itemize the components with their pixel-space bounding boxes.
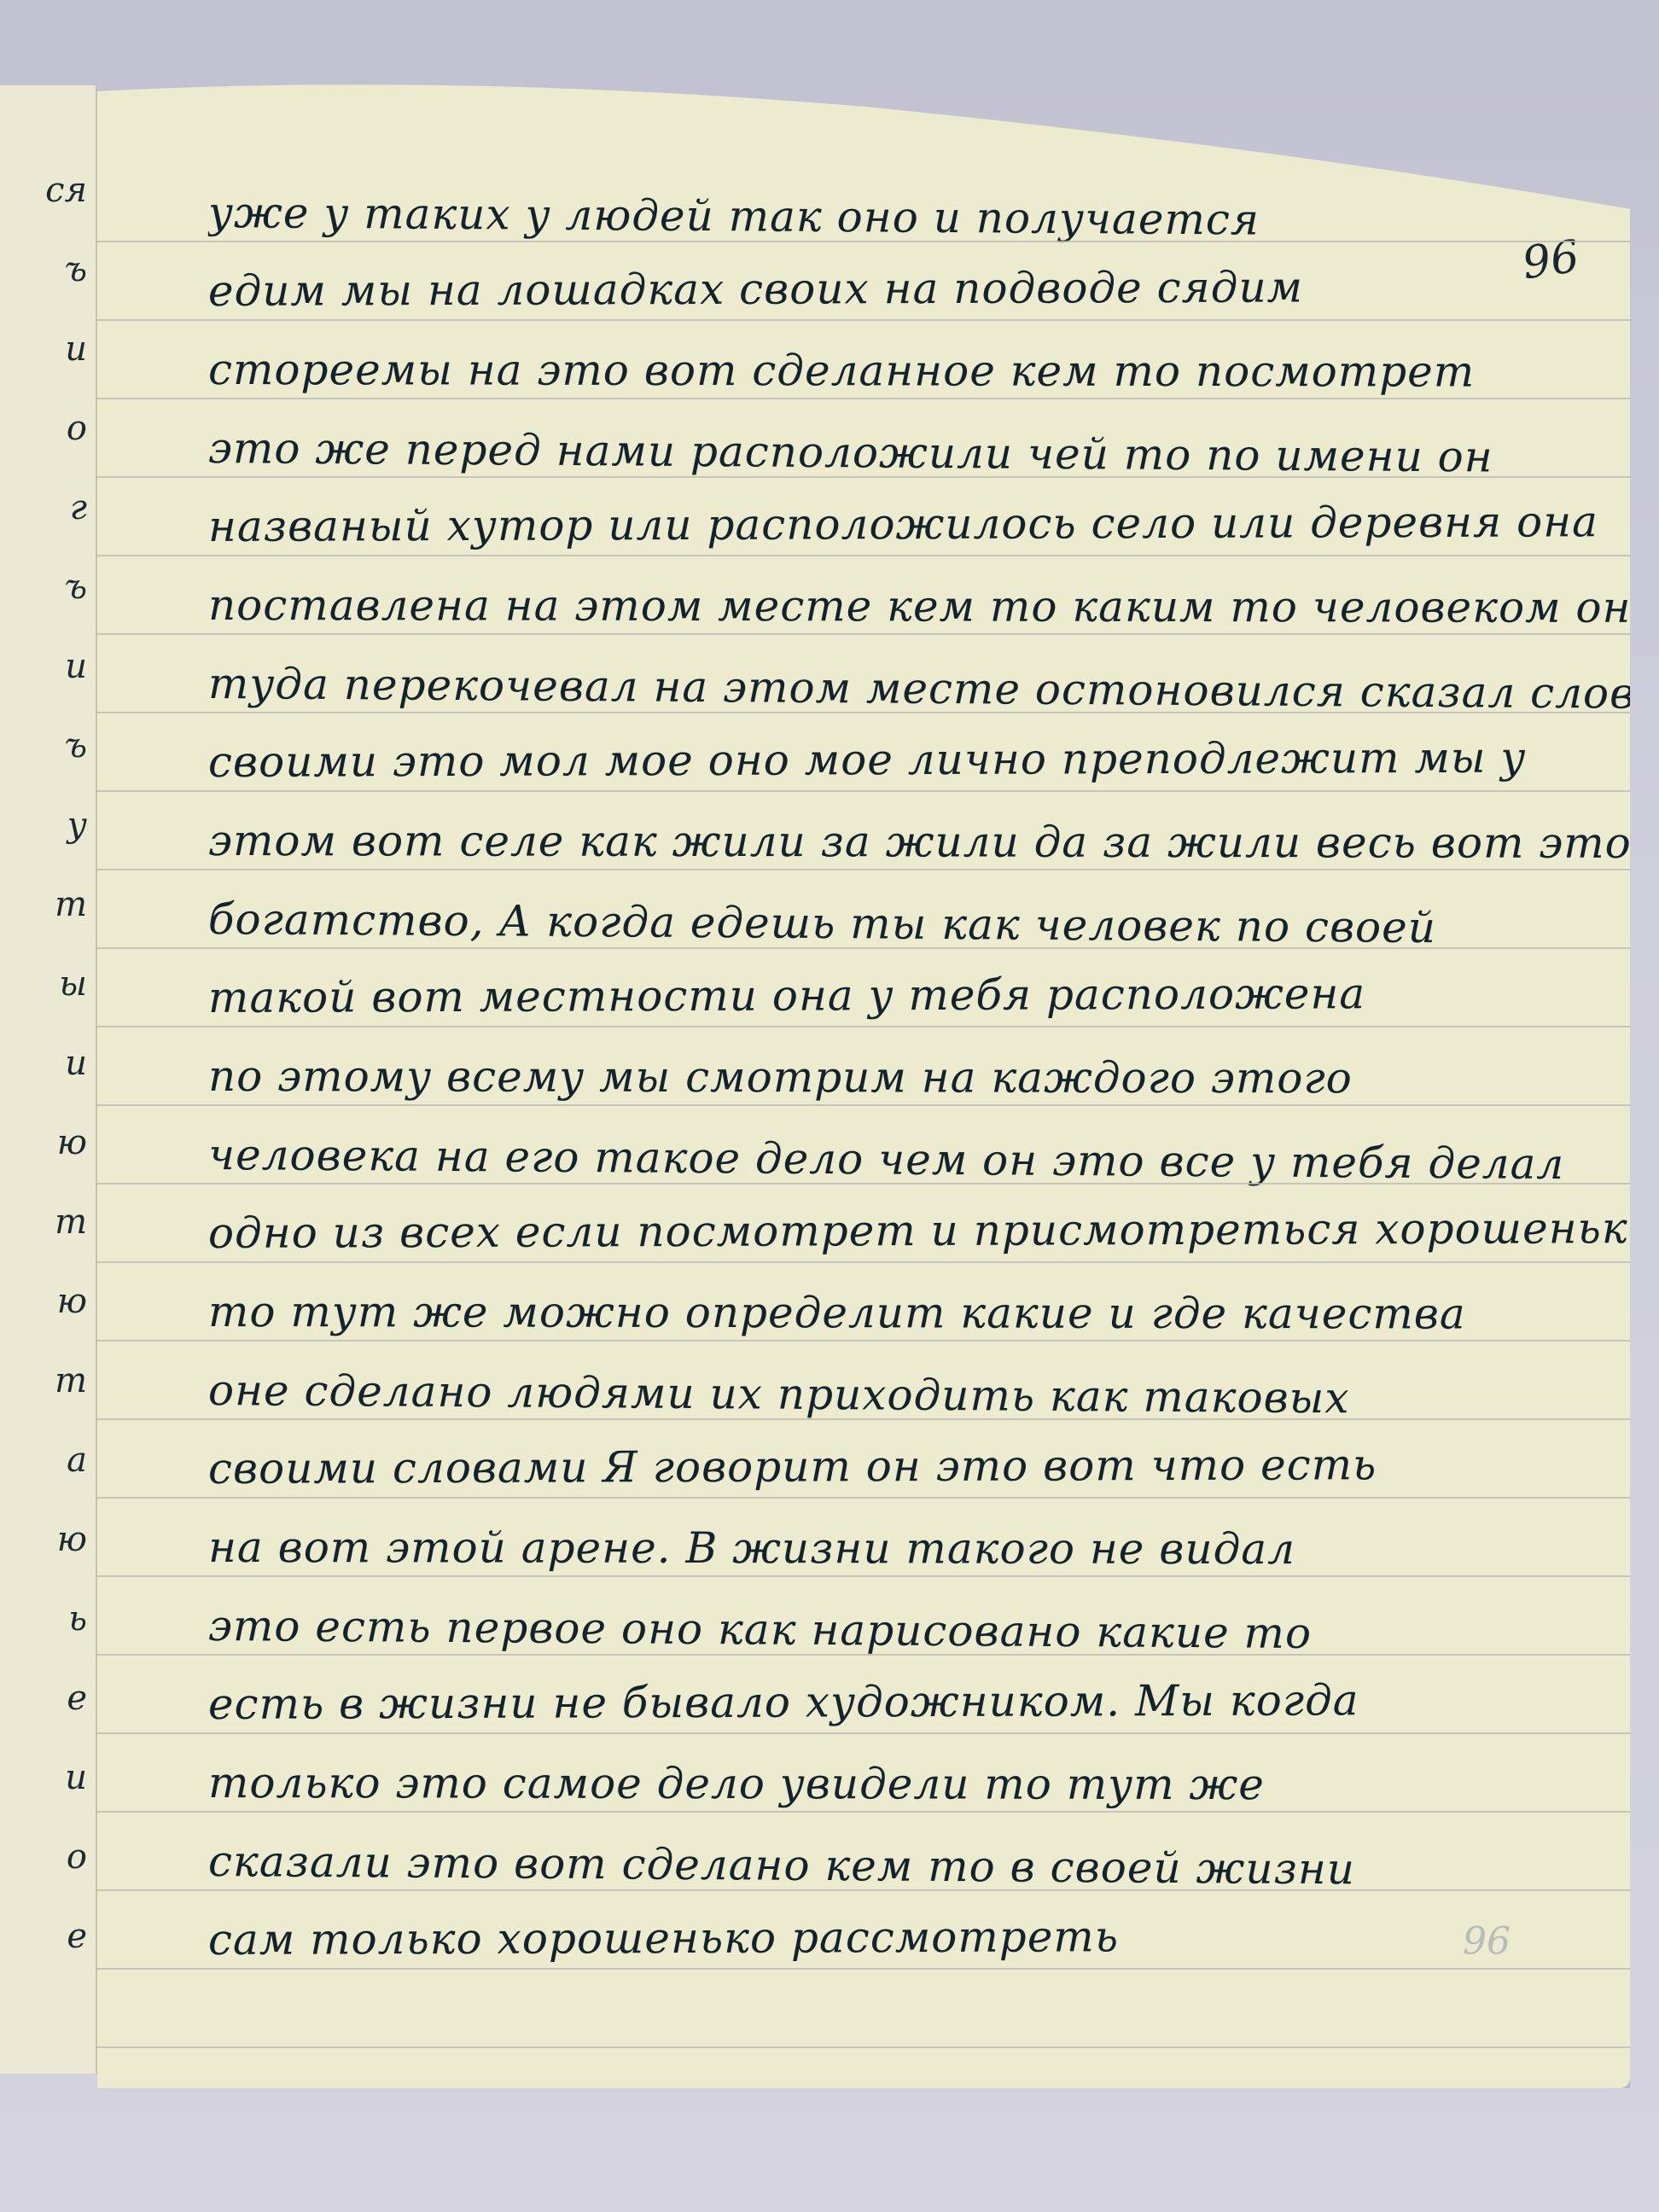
ruled-line — [97, 555, 1630, 556]
left-page-text-fragment: т — [0, 1202, 94, 1242]
ruled-line — [97, 476, 1630, 478]
left-page-edge: сяъиогъиъутыиютютаюьеиое — [0, 85, 97, 2074]
handwritten-line: своими словами Я говорит он это вот что … — [208, 1439, 1659, 1493]
ruled-line — [97, 1654, 1630, 1656]
left-page-text-fragment: т — [0, 1361, 94, 1400]
left-page-text-fragment: ъ — [0, 726, 94, 765]
left-page-text-fragment: а — [0, 1441, 94, 1480]
left-page-text-fragment: о — [0, 409, 94, 448]
handwritten-line: названый хутор или расположилось село ил… — [208, 497, 1659, 551]
left-page-text-fragment: и — [0, 647, 94, 686]
ruled-line — [97, 1575, 1630, 1577]
ruled-line — [97, 712, 1630, 713]
ruled-line — [97, 241, 1630, 242]
left-page-text-fragment: ь — [0, 1599, 94, 1639]
handwritten-line: оне сделано людями их приходить как тако… — [208, 1365, 1659, 1425]
ruled-line — [97, 1418, 1630, 1420]
ruled-line — [97, 1261, 1630, 1263]
handwritten-line: туда перекочевал на этом месте остоновил… — [208, 659, 1659, 719]
handwritten-line: своими это мол мое оно мое лично преподл… — [208, 732, 1659, 787]
left-page-text-fragment: ъ — [0, 250, 94, 289]
notebook-page: 96 уже у таких у людей так оно и получае… — [97, 81, 1630, 2088]
ruled-line — [97, 2046, 1630, 2048]
left-page-text-fragment: е — [0, 1917, 94, 1956]
ruled-line — [97, 1497, 1630, 1499]
handwritten-line: то тут же можно определит какие и где ка… — [208, 1287, 1659, 1339]
ruled-line — [97, 1811, 1630, 1813]
left-page-text-fragment: т — [0, 885, 94, 924]
left-page-text-fragment: и — [0, 1044, 94, 1083]
left-page-text-fragment: г — [0, 488, 94, 527]
ruled-line — [97, 1968, 1630, 1970]
ruled-line — [97, 1889, 1630, 1891]
left-page-text-fragment: ъ — [0, 568, 94, 607]
handwritten-line: это же перед нами расположили чей то по … — [208, 423, 1659, 483]
left-page-text-fragment: ы — [0, 964, 94, 1004]
bleed-through-page-number: 96 — [1463, 1917, 1511, 1960]
ruled-line — [97, 1340, 1630, 1342]
left-page-text-fragment: и — [0, 1758, 94, 1797]
ruled-line — [97, 947, 1630, 949]
handwritten-line: по этому всему мы смотрим на каждого это… — [208, 1051, 1659, 1103]
left-page-text-fragment: е — [0, 1679, 94, 1718]
ruled-line — [97, 633, 1630, 635]
handwritten-line: человека на его такое дело чем он это вс… — [208, 1130, 1659, 1190]
ruled-line — [97, 1183, 1630, 1185]
handwritten-line: сказали это вот сделано кем то в своей ж… — [208, 1837, 1659, 1896]
handwritten-line: одно из всех если посмотрет и присмотрет… — [208, 1203, 1659, 1258]
left-page-text-fragment: у — [0, 806, 94, 845]
handwritten-line: уже у таких у людей так оно и получается — [208, 188, 1659, 247]
ruled-line — [97, 1026, 1630, 1027]
left-page-text-fragment: о — [0, 1837, 94, 1877]
left-page-text-fragment: и — [0, 329, 94, 369]
ruled-line — [97, 319, 1630, 321]
left-page-text-fragment: ся — [0, 171, 94, 210]
handwritten-line: есть в жизни не бывало художником. Мы ко… — [208, 1674, 1659, 1729]
ruled-line — [97, 790, 1630, 792]
handwritten-line: это есть первое оно как нарисовано какие… — [208, 1601, 1659, 1661]
handwritten-line: на вот этой арене. В жизни такого не вид… — [208, 1522, 1659, 1575]
handwritten-line: богатство, А когда едешь ты как человек … — [208, 894, 1659, 954]
left-page-text-fragment: ю — [0, 1123, 94, 1162]
ruled-line — [97, 869, 1630, 870]
ruled-line — [97, 398, 1630, 399]
handwritten-line: стореемы на это вот сделанное кем то пос… — [208, 345, 1659, 397]
left-page-text-fragment: ю — [0, 1520, 94, 1559]
handwritten-line: только это самое дело увидели то тут же — [208, 1758, 1659, 1810]
left-page-text-fragment: ю — [0, 1282, 94, 1321]
ruled-line — [97, 1104, 1630, 1106]
handwritten-line: такой вот местности она у тебя расположе… — [208, 968, 1659, 1022]
ruled-line — [97, 1732, 1630, 1734]
handwritten-line: едим мы на лошадках своих на подводе сяд… — [208, 261, 1659, 316]
handwritten-line: сам только хорошенько рассмотреть — [208, 1910, 1659, 1965]
handwritten-line: поставлена на этом месте кем то каким то… — [208, 580, 1659, 632]
handwritten-line: этом вот селе как жили за жили да за жил… — [208, 816, 1659, 868]
